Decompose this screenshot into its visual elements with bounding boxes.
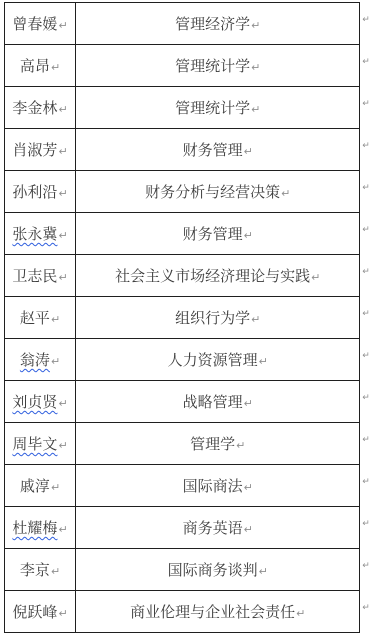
end-of-row-cell: ↵: [360, 45, 376, 87]
table-row: 翁涛↵ 人力资源管理↵ ↵: [5, 339, 376, 381]
course-name-cell[interactable]: 组织行为学↵: [76, 297, 360, 339]
teacher-name: 肖淑芳: [12, 142, 57, 159]
end-of-row-mark-icon: ↵: [362, 225, 370, 235]
end-of-row-mark-icon: ↵: [362, 519, 370, 529]
teacher-name-cell[interactable]: 曾春媛↵: [5, 3, 76, 45]
paragraph-mark-icon: ↵: [251, 19, 260, 32]
course-name-cell[interactable]: 社会主义市场经济理论与实践↵: [76, 255, 360, 297]
table-row: 刘贞贤↵ 战略管理↵ ↵: [5, 381, 376, 423]
course-name-cell[interactable]: 国际商务谈判↵: [76, 549, 360, 591]
end-of-row-mark-icon: ↵: [362, 393, 370, 403]
teacher-name-cell[interactable]: 翁涛↵: [5, 339, 76, 381]
table-row: 戚淳↵ 国际商法↵ ↵: [5, 465, 376, 507]
paragraph-mark-icon: ↵: [244, 397, 253, 410]
paragraph-mark-icon: ↵: [259, 355, 268, 368]
end-of-row-mark-icon: ↵: [362, 603, 370, 613]
paragraph-mark-icon: ↵: [244, 229, 253, 242]
course-name-cell[interactable]: 战略管理↵: [76, 381, 360, 423]
teacher-name: 倪跃峰: [12, 604, 57, 621]
paragraph-mark-icon: ↵: [51, 481, 60, 494]
table-row: 周毕文↵ 管理学↵ ↵: [5, 423, 376, 465]
end-of-row-mark-icon: ↵: [362, 267, 370, 277]
teacher-name-cell[interactable]: 赵平↵: [5, 297, 76, 339]
paragraph-mark-icon: ↵: [244, 145, 253, 158]
course-name: 人力资源管理: [168, 352, 258, 369]
teacher-name: 刘贞贤: [12, 394, 57, 411]
end-of-row-cell: ↵: [360, 423, 376, 465]
course-name-cell[interactable]: 管理统计学↵: [76, 87, 360, 129]
table-row: 杜耀梅↵ 商务英语↵ ↵: [5, 507, 376, 549]
end-of-row-cell: ↵: [360, 549, 376, 591]
course-name-cell[interactable]: 国际商法↵: [76, 465, 360, 507]
document-page: 曾春媛↵ 管理经济学↵ ↵ 高昂↵ 管理统计学↵ ↵ 李金林↵ 管理统计学↵ ↵…: [0, 0, 376, 638]
course-name: 国际商法: [183, 478, 243, 495]
end-of-row-cell: ↵: [360, 297, 376, 339]
end-of-row-cell: ↵: [360, 591, 376, 633]
teacher-name: 孙利沿: [12, 184, 57, 201]
course-name: 组织行为学: [175, 310, 250, 327]
course-name-cell[interactable]: 管理统计学↵: [76, 45, 360, 87]
end-of-row-mark-icon: ↵: [362, 99, 370, 109]
end-of-row-cell: ↵: [360, 171, 376, 213]
teacher-course-table: 曾春媛↵ 管理经济学↵ ↵ 高昂↵ 管理统计学↵ ↵ 李金林↵ 管理统计学↵ ↵…: [4, 2, 376, 633]
end-of-row-cell: ↵: [360, 507, 376, 549]
table-row: 倪跃峰↵ 商业伦理与企业社会责任↵ ↵: [5, 591, 376, 633]
paragraph-mark-icon: ↵: [58, 19, 67, 32]
paragraph-mark-icon: ↵: [296, 607, 305, 620]
end-of-row-cell: ↵: [360, 87, 376, 129]
paragraph-mark-icon: ↵: [251, 61, 260, 74]
teacher-name-cell[interactable]: 周毕文↵: [5, 423, 76, 465]
course-name-cell[interactable]: 财务分析与经营决策↵: [76, 171, 360, 213]
end-of-row-mark-icon: ↵: [362, 477, 370, 487]
teacher-name-cell[interactable]: 杜耀梅↵: [5, 507, 76, 549]
paragraph-mark-icon: ↵: [281, 187, 290, 200]
paragraph-mark-icon: ↵: [251, 313, 260, 326]
course-name-cell[interactable]: 管理经济学↵: [76, 3, 360, 45]
course-name: 管理统计学: [175, 58, 250, 75]
paragraph-mark-icon: ↵: [311, 271, 320, 284]
paragraph-mark-icon: ↵: [58, 397, 67, 410]
paragraph-mark-icon: ↵: [236, 439, 245, 452]
teacher-name: 戚淳: [20, 478, 50, 495]
paragraph-mark-icon: ↵: [58, 145, 67, 158]
teacher-name-cell[interactable]: 卫志民↵: [5, 255, 76, 297]
table-row: 高昂↵ 管理统计学↵ ↵: [5, 45, 376, 87]
paragraph-mark-icon: ↵: [259, 565, 268, 578]
end-of-row-mark-icon: ↵: [362, 15, 370, 25]
teacher-name: 周毕文: [12, 436, 57, 453]
end-of-row-cell: ↵: [360, 381, 376, 423]
table-row: 张永冀↵ 财务管理↵ ↵: [5, 213, 376, 255]
teacher-name-cell[interactable]: 李金林↵: [5, 87, 76, 129]
paragraph-mark-icon: ↵: [51, 313, 60, 326]
end-of-row-mark-icon: ↵: [362, 561, 370, 571]
paragraph-mark-icon: ↵: [58, 187, 67, 200]
paragraph-mark-icon: ↵: [58, 271, 67, 284]
table-row: 卫志民↵ 社会主义市场经济理论与实践↵ ↵: [5, 255, 376, 297]
paragraph-mark-icon: ↵: [51, 565, 60, 578]
paragraph-mark-icon: ↵: [51, 355, 60, 368]
course-name: 管理学: [190, 436, 235, 453]
teacher-name: 李金林: [12, 100, 57, 117]
course-name-cell[interactable]: 财务管理↵: [76, 129, 360, 171]
end-of-row-cell: ↵: [360, 213, 376, 255]
course-name-cell[interactable]: 管理学↵: [76, 423, 360, 465]
end-of-row-cell: ↵: [360, 339, 376, 381]
teacher-name-cell[interactable]: 高昂↵: [5, 45, 76, 87]
course-name: 财务分析与经营决策: [145, 184, 280, 201]
course-name: 管理统计学: [175, 100, 250, 117]
table-row: 曾春媛↵ 管理经济学↵ ↵: [5, 3, 376, 45]
course-name: 社会主义市场经济理论与实践: [115, 268, 310, 285]
teacher-name-cell[interactable]: 戚淳↵: [5, 465, 76, 507]
paragraph-mark-icon: ↵: [51, 61, 60, 74]
teacher-name-cell[interactable]: 刘贞贤↵: [5, 381, 76, 423]
teacher-name-cell[interactable]: 张永冀↵: [5, 213, 76, 255]
course-name-cell[interactable]: 人力资源管理↵: [76, 339, 360, 381]
teacher-name-cell[interactable]: 肖淑芳↵: [5, 129, 76, 171]
end-of-row-cell: ↵: [360, 3, 376, 45]
table-row: 李京↵ 国际商务谈判↵ ↵: [5, 549, 376, 591]
paragraph-mark-icon: ↵: [58, 229, 67, 242]
course-name: 商务英语: [183, 520, 243, 537]
teacher-name-cell[interactable]: 孙利沿↵: [5, 171, 76, 213]
course-name: 管理经济学: [175, 16, 250, 33]
teacher-name: 卫志民: [12, 268, 57, 285]
teacher-name: 曾春媛: [12, 16, 57, 33]
teacher-name: 杜耀梅: [12, 520, 57, 537]
course-name-cell[interactable]: 财务管理↵: [76, 213, 360, 255]
paragraph-mark-icon: ↵: [58, 607, 67, 620]
table-row: 赵平↵ 组织行为学↵ ↵: [5, 297, 376, 339]
teacher-name: 高昂: [20, 58, 50, 75]
course-name-cell[interactable]: 商务英语↵: [76, 507, 360, 549]
end-of-row-mark-icon: ↵: [362, 141, 370, 151]
paragraph-mark-icon: ↵: [244, 523, 253, 536]
end-of-row-mark-icon: ↵: [362, 183, 370, 193]
paragraph-mark-icon: ↵: [58, 523, 67, 536]
table-row: 李金林↵ 管理统计学↵ ↵: [5, 87, 376, 129]
course-name: 国际商务谈判: [168, 562, 258, 579]
table-row: 孙利沿↵ 财务分析与经营决策↵ ↵: [5, 171, 376, 213]
teacher-name-cell[interactable]: 李京↵: [5, 549, 76, 591]
end-of-row-mark-icon: ↵: [362, 309, 370, 319]
paragraph-mark-icon: ↵: [58, 439, 67, 452]
teacher-name: 张永冀: [12, 226, 57, 243]
table-row: 肖淑芳↵ 财务管理↵ ↵: [5, 129, 376, 171]
teacher-name: 李京: [20, 562, 50, 579]
paragraph-mark-icon: ↵: [244, 481, 253, 494]
paragraph-mark-icon: ↵: [58, 103, 67, 116]
teacher-name: 翁涛: [20, 352, 50, 369]
end-of-row-mark-icon: ↵: [362, 57, 370, 67]
course-name: 战略管理: [183, 394, 243, 411]
teacher-name-cell[interactable]: 倪跃峰↵: [5, 591, 76, 633]
course-name: 商业伦理与企业社会责任: [130, 604, 295, 621]
end-of-row-mark-icon: ↵: [362, 435, 370, 445]
end-of-row-mark-icon: ↵: [362, 351, 370, 361]
end-of-row-cell: ↵: [360, 465, 376, 507]
course-name-cell[interactable]: 商业伦理与企业社会责任↵: [76, 591, 360, 633]
course-name: 财务管理: [183, 142, 243, 159]
paragraph-mark-icon: ↵: [251, 103, 260, 116]
course-name: 财务管理: [183, 226, 243, 243]
teacher-name: 赵平: [20, 310, 50, 327]
end-of-row-cell: ↵: [360, 255, 376, 297]
end-of-row-cell: ↵: [360, 129, 376, 171]
